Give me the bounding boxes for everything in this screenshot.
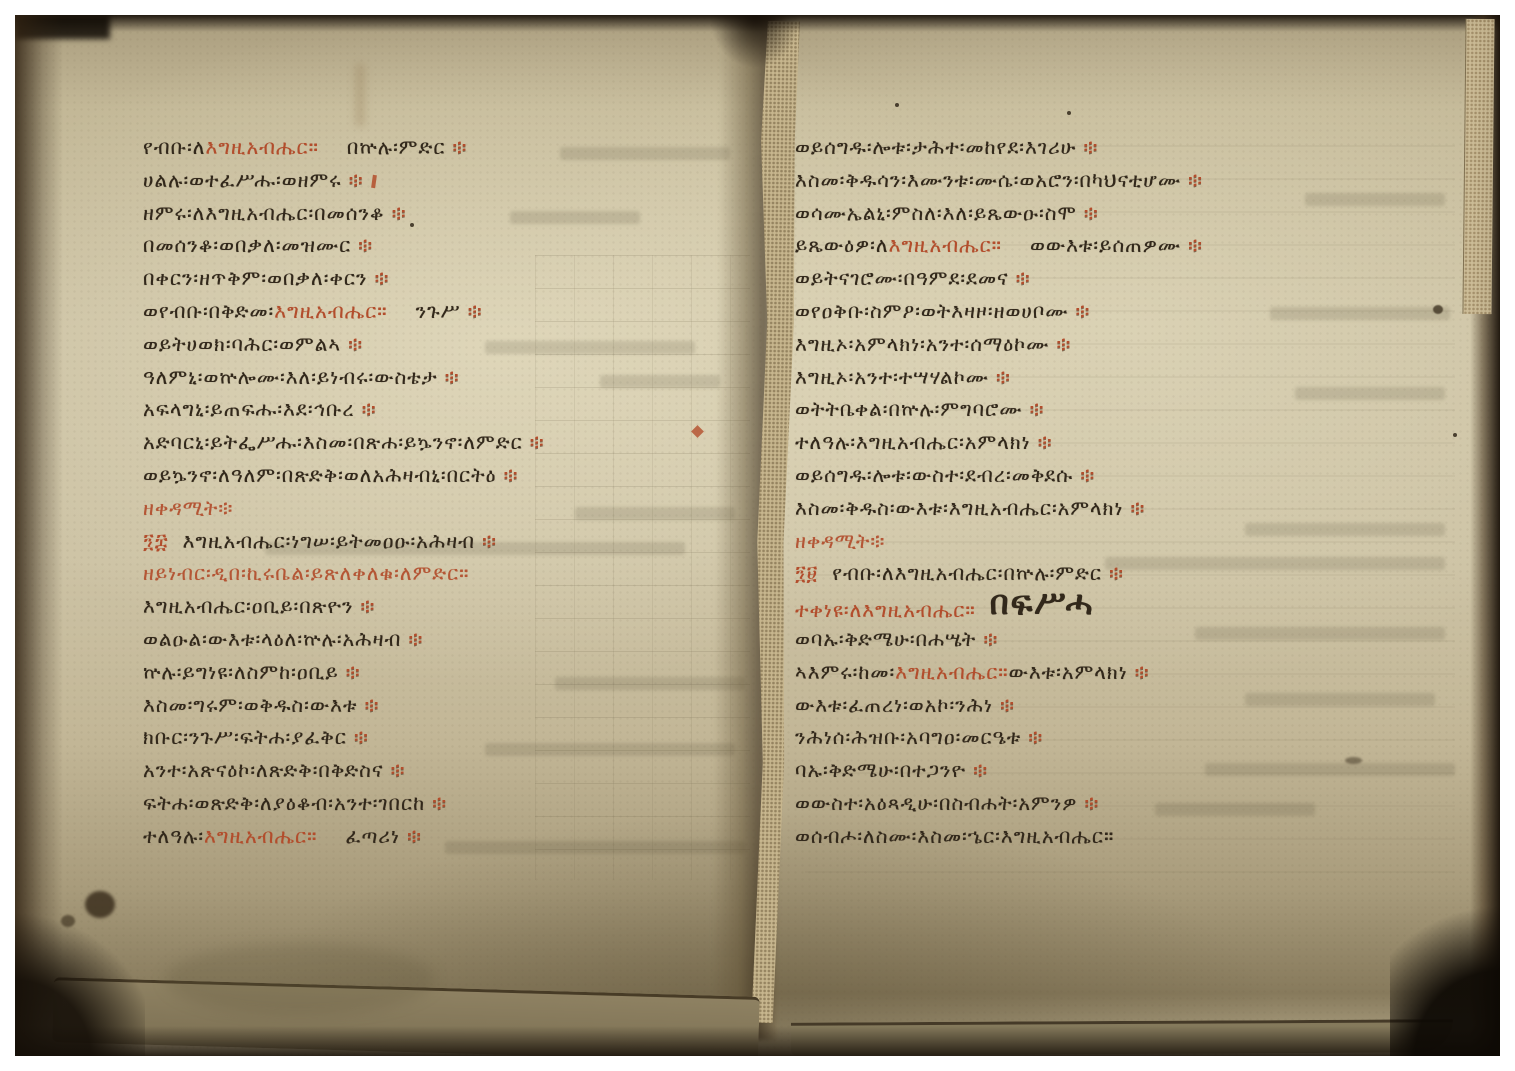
rubric-line: ዘቀዳሚት፨ [143, 492, 768, 525]
verse-end-mark: ፨ [349, 168, 364, 192]
verse-end-mark: ፨ [364, 693, 379, 717]
body-text: ወይትናገሮሙ፡በዓምደ፡ደመና [795, 266, 1009, 290]
verse-end-mark: ፨ [1188, 233, 1203, 257]
verse-end-mark: ፨ [1188, 168, 1203, 192]
body-text: ዘምሩ፡ለእግዚአብሔር፡በመሰንቆ [143, 201, 385, 225]
verse-end-mark: ፨ [1130, 496, 1145, 520]
verse-end-mark: ፨ [1080, 463, 1095, 487]
verse-end-mark: ፨ [1028, 725, 1043, 749]
body-text: ፍትሐ፡ወጽድቅ፡ለያዕቆብ፡አንተ፡ገበርከ [143, 791, 425, 815]
verse-end-mark: ፨ [468, 299, 483, 323]
body-text: እስመ፡ግሩም፡ወቅዱስ፡ውእቱ [143, 693, 357, 717]
verse-end-mark: ፨ [354, 725, 369, 749]
verse-end-mark: ፨ [374, 266, 389, 290]
body-text: ወባኡ፡ቅድሜሁ፡በሐሤት [795, 627, 976, 651]
verse-end-mark: ፨ [983, 627, 998, 651]
verse-line: ወትትቤቀል፡በኵሉ፡ምግባሮሙ፨ [795, 393, 1475, 426]
body-text: ወትትቤቀል፡በኵሉ፡ምግባሮሙ [795, 397, 1022, 421]
rubric-line: ዘቀዳሚት፨ [795, 525, 1475, 558]
body-text: እግዚአብሔር፡ዐቢይ፡በጽዮን [143, 594, 353, 618]
book-top-edge [15, 15, 1500, 32]
rubricated-text: ዘይነብር፡ዲበ፡ኪሩቤል፡ይጽለቀለቁ፡ለምድር። [143, 561, 470, 585]
body-text: ወውእቱ፡ይሰጠዎሙ [1030, 233, 1181, 257]
verse-line: ወይሰግዱ፡ሎቱ፡ውስተ፡ደብረ፡መቅደሱ፨ [795, 459, 1475, 492]
verse-end-mark: ፨ [1016, 266, 1031, 290]
body-text: ወውስተ፡አዕጻዲሁ፡በስብሐት፡አምንዎ [795, 791, 1077, 815]
verse-line: ወየዐቅቡ፡ስምዖ፡ወትእዛዞ፡ዘወሀቦሙ፨ [795, 295, 1475, 328]
verse-line: የብቡ፡ለእግዚአብሔር።በኵሉ፡ምድር፨ [143, 131, 768, 164]
body-text: አንተ፡አጽናዕኮ፡ለጽድቅ፡በቅድስና [143, 758, 384, 782]
verse-line: ንሕነሰ፡ሕዝቡ፡አባግዐ፡መርዔቱ፨ [795, 721, 1475, 754]
verse-line: ዘምሩ፡ለእግዚአብሔር፡በመሰንቆ፨ [143, 197, 768, 230]
rubricated-text: ዘቀዳሚት፨ [143, 496, 233, 520]
verse-line: እስመ፡ቅዱሳን፡እሙንቱ፡ሙሴ፡ወአሮን፡በካህናቲሆሙ፨ [795, 164, 1475, 197]
body-text: ወሰብሖ፡ለስሙ፡እስመ፡ኄር፡እግዚአብሔር። [795, 824, 1114, 848]
verse-line: ሀልሉ፡ወተፈሥሑ፡ወዘምሩ፨ [143, 164, 768, 197]
body-text: ውእቱ፡አምላክነ [1009, 660, 1128, 684]
body-text: ወየብቡ፡በቅድመ፡ [143, 299, 274, 323]
verse-end-mark: ፨ [1135, 660, 1150, 684]
ink-speck [895, 103, 899, 107]
body-text: ተለዓሉ፡እግዚአብሔር፡አምላክነ [795, 430, 1031, 454]
verse-end-mark: ፨ [1084, 791, 1099, 815]
verse-end-mark: ፨ [530, 430, 545, 454]
rubricated-text: እግዚአብሔር። [206, 135, 319, 159]
rubricated-text: ተቀነዩ፡ለእግዚአብሔር። [795, 598, 976, 622]
verse-line: ፺፰እግዚአብሔር፡ነግሠ፡ይትመዐዑ፡አሕዛብ፨ [143, 525, 768, 558]
verse-end-mark: ፨ [1109, 561, 1124, 585]
psalm-number: ፺፰ [143, 529, 169, 553]
verse-line: ወይሰግዱ፡ሎቱ፡ታሕተ፡መከየደ፡እገሪሁ፨ [795, 131, 1475, 164]
verse-end-mark: ፨ [1056, 332, 1071, 356]
body-text: ዓለምኒ፡ወኵሎሙ፡እለ፡ይነብሩ፡ውስቴታ [143, 365, 438, 389]
verse-line: ፍትሐ፡ወጽድቅ፡ለያዕቆብ፡አንተ፡ገበርከ፨ [143, 787, 768, 820]
brown-streak-stain [355, 63, 365, 127]
verse-line: ኵሉ፡ይግነዩ፡ለስምከ፡ዐቢይ፨ [143, 656, 768, 689]
body-text: ወልዑል፡ውእቱ፡ላዕለ፡ኵሉ፡አሕዛብ [143, 627, 401, 651]
verse-line: ወይትሀወክ፡ባሕር፡ወምልኣ፨ [143, 328, 768, 361]
ink-speck [410, 223, 414, 227]
verse-line: ተቀነዩ፡ለእግዚአብሔር።በፍሥሓ [795, 590, 1475, 623]
body-text: ንሕነሰ፡ሕዝቡ፡አባግዐ፡መርዔቱ [795, 725, 1021, 749]
body-text: ተለዓሉ፡ [143, 824, 204, 848]
verse-line: ባኡ፡ቅድሜሁ፡በተጋንዮ፨ [795, 754, 1475, 787]
book-bottom-edge [15, 1026, 1500, 1056]
manuscript-photo: የብቡ፡ለእግዚአብሔር።በኵሉ፡ምድር፨ሀልሉ፡ወተፈሥሑ፡ወዘምሩ፨ዘምሩ፡… [15, 15, 1500, 1056]
body-text: ንጉሥ [416, 299, 461, 323]
verse-end-mark: ፨ [432, 791, 447, 815]
verse-end-mark: ፨ [348, 332, 363, 356]
verse-line: እግዚኦ፡አንተ፡ተሣሃልኮሙ፨ [795, 361, 1475, 394]
book-left-edge [15, 15, 63, 1056]
bottom-right-corner-shadow [1390, 886, 1500, 1056]
verse-line: ወይትናገሮሙ፡በዓምደ፡ደመና፨ [795, 262, 1475, 295]
body-text: አድባርኒ፡ይትፌሥሑ፡እስመ፡በጽሐ፡ይኴንኖ፡ለምድር [143, 430, 523, 454]
verse-line: ወሳሙኤልኒ፡ምስለ፡እለ፡ይጼውዑ፡ስሞ፨ [795, 197, 1475, 230]
body-text: ክቡር፡ንጉሥ፡ፍትሐ፡ያፈቅር [143, 725, 347, 749]
verse-line: አድባርኒ፡ይትፌሥሑ፡እስመ፡በጽሐ፡ይኴንኖ፡ለምድር፨ [143, 426, 768, 459]
verse-line: እስመ፡ቅዱስ፡ውእቱ፡እግዚአብሔር፡አምላክነ፨ [795, 492, 1475, 525]
body-text: እግዚኦ፡አምላክነ፡አንተ፡ሰማዕኮሙ [795, 332, 1049, 356]
verse-end-mark: ፨ [362, 397, 377, 421]
verse-line: ፺፱የብቡ፡ለእግዚአብሔር፡በኵሉ፡ምድር፨ [795, 557, 1475, 590]
verse-end-mark: ፨ [996, 365, 1011, 389]
body-text: ባኡ፡ቅድሜሁ፡በተጋንዮ [795, 758, 966, 782]
verse-end-mark: ፨ [408, 627, 423, 651]
verse-end-mark: ፨ [452, 135, 467, 159]
verse-line: በቀርን፡ዘጥቅም፡ወበቃለ፡ቀርን፨ [143, 262, 768, 295]
verse-end-mark: ፨ [973, 758, 988, 782]
right-page-text: ወይሰግዱ፡ሎቱ፡ታሕተ፡መከየደ፡እገሪሁ፨እስመ፡ቅዱሳን፡እሙንቱ፡ሙሴ፡… [795, 131, 1475, 853]
verse-line: ውእቱ፡ፈጠረነ፡ወአኮ፡ንሕነ፨ [795, 689, 1475, 722]
body-text: በኵሉ፡ምድር [347, 135, 445, 159]
rubricated-text: ዘቀዳሚት፨ [795, 529, 885, 553]
verse-end-mark: ፨ [445, 365, 460, 389]
body-text: ፈጣሪነ [345, 824, 400, 848]
verse-line: ኣእምሩ፡ከመ፡እግዚአብሔር።ውእቱ፡አምላክነ፨ [795, 656, 1475, 689]
body-text: አፍላግኒ፡ይጠፍሑ፡እደ፡ኅቡረ [143, 397, 355, 421]
verse-line: ወይኴንኖ፡ለዓለም፡በጽድቅ፡ወለአሕዛብኒ፡በርትዕ፨ [143, 459, 768, 492]
ink-speck [1067, 111, 1071, 115]
verse-line: አንተ፡አጽናዕኮ፡ለጽድቅ፡በቅድስና፨ [143, 754, 768, 787]
verse-end-mark: ፨ [391, 758, 406, 782]
body-text: ወይሰግዱ፡ሎቱ፡ውስተ፡ደብረ፡መቅደሱ [795, 463, 1073, 487]
body-text: ወየዐቅቡ፡ስምዖ፡ወትእዛዞ፡ዘወሀቦሙ [795, 299, 1068, 323]
body-text: እግዚኦ፡አንተ፡ተሣሃልኮሙ [795, 365, 989, 389]
body-text: ወይኴንኖ፡ለዓለም፡በጽድቅ፡ወለአሕዛብኒ፡በርትዕ [143, 463, 497, 487]
left-page-text: የብቡ፡ለእግዚአብሔር።በኵሉ፡ምድር፨ሀልሉ፡ወተፈሥሑ፡ወዘምሩ፨ዘምሩ፡… [143, 131, 768, 853]
body-text: እስመ፡ቅዱስ፡ውእቱ፡እግዚአብሔር፡አምላክነ [795, 496, 1123, 520]
verse-end-mark: ፨ [1000, 693, 1015, 717]
verse-line: ወልዑል፡ውእቱ፡ላዕለ፡ኵሉ፡አሕዛብ፨ [143, 623, 768, 656]
verse-end-mark: ፨ [358, 233, 373, 257]
verse-end-mark: ፨ [1038, 430, 1053, 454]
verse-line: ወባኡ፡ቅድሜሁ፡በሐሤት፨ [795, 623, 1475, 656]
verse-line: ይጼውዕዎ፡ለእግዚአብሔር።ወውእቱ፡ይሰጠዎሙ፨ [795, 229, 1475, 262]
verse-end-mark: ፨ [360, 594, 375, 618]
verse-end-mark: ፨ [346, 660, 361, 684]
ink-speck [1453, 433, 1457, 437]
rubricated-text: እግዚአብሔር። [895, 660, 1008, 684]
verse-line: እግዚአብሔር፡ዐቢይ፡በጽዮን፨ [143, 590, 768, 623]
body-text: ወሳሙኤልኒ፡ምስለ፡እለ፡ይጼውዑ፡ስሞ [795, 201, 1077, 225]
verse-line: ወሰብሖ፡ለስሙ፡እስመ፡ኄር፡እግዚአብሔር። [795, 820, 1475, 853]
verse-end-mark: ፨ [1084, 201, 1099, 225]
verse-line: ተለዓሉ፡እግዚአብሔር።ፈጣሪነ፨ [143, 820, 768, 853]
body-text: ኣእምሩ፡ከመ፡ [795, 660, 895, 684]
verse-end-mark: ፨ [482, 529, 497, 553]
fore-edge-guard-strip [1462, 19, 1494, 314]
verse-line: ዓለምኒ፡ወኵሎሙ፡እለ፡ይነብሩ፡ውስቴታ፨ [143, 361, 768, 394]
ink-speck [1433, 305, 1443, 314]
rubricated-text: እግዚአብሔር። [274, 299, 387, 323]
bottom-left-corner-shadow [15, 906, 145, 1056]
body-text: ወይሰግዱ፡ሎቱ፡ታሕተ፡መከየደ፡እገሪሁ [795, 135, 1076, 159]
verse-line: እስመ፡ግሩም፡ወቅዱስ፡ውእቱ፨ [143, 689, 768, 722]
body-text: በፍሥሓ [990, 583, 1095, 622]
discoloration-stain [165, 943, 435, 1015]
verse-end-mark: ፨ [1029, 397, 1044, 421]
verse-line: አፍላግኒ፡ይጠፍሑ፡እደ፡ኅቡረ፨ [143, 393, 768, 426]
psalm-number: ፺፱ [795, 561, 818, 585]
body-text: የብቡ፡ለእግዚአብሔር፡በኵሉ፡ምድር [832, 561, 1102, 585]
ink-speck [1345, 757, 1362, 764]
body-text: ኵሉ፡ይግነዩ፡ለስምከ፡ዐቢይ [143, 660, 339, 684]
verse-line: ወየብቡ፡በቅድመ፡እግዚአብሔር።ንጉሥ፨ [143, 295, 768, 328]
rubricated-text: እግዚአብሔር። [889, 233, 1002, 257]
verse-end-mark: ፨ [1075, 299, 1090, 323]
verse-line: በመሰንቆ፡ወበቃለ፡መዝሙር፨ [143, 229, 768, 262]
verse-line: ክቡር፡ንጉሥ፡ፍትሐ፡ያፈቅር፨ [143, 721, 768, 754]
verse-line: እግዚኦ፡አምላክነ፡አንተ፡ሰማዕኮሙ፨ [795, 328, 1475, 361]
white-border-frame: የብቡ፡ለእግዚአብሔር።በኵሉ፡ምድር፨ሀልሉ፡ወተፈሥሑ፡ወዘምሩ፨ዘምሩ፡… [0, 0, 1515, 1071]
body-text: የብቡ፡ለ [143, 135, 206, 159]
verse-line: ተለዓሉ፡እግዚአብሔር፡አምላክነ፨ [795, 426, 1475, 459]
verse-end-mark: ፨ [504, 463, 519, 487]
rubric-line: ዘይነብር፡ዲበ፡ኪሩቤል፡ይጽለቀለቁ፡ለምድር። [143, 557, 768, 590]
body-text: በመሰንቆ፡ወበቃለ፡መዝሙር [143, 233, 351, 257]
body-text: ይጼውዕዎ፡ለ [795, 233, 889, 257]
verse-line: ወውስተ፡አዕጻዲሁ፡በስብሐት፡አምንዎ፨ [795, 787, 1475, 820]
body-text: ውእቱ፡ፈጠረነ፡ወአኮ፡ንሕነ [795, 693, 993, 717]
verse-end-mark: ፨ [392, 201, 407, 225]
body-text: እስመ፡ቅዱሳን፡እሙንቱ፡ሙሴ፡ወአሮን፡በካህናቲሆሙ [795, 168, 1181, 192]
body-text: በቀርን፡ዘጥቅም፡ወበቃለ፡ቀርን [143, 266, 367, 290]
verse-end-mark: ፨ [1083, 135, 1098, 159]
body-text: ሀልሉ፡ወተፈሥሑ፡ወዘምሩ [143, 168, 342, 192]
body-text: ወይትሀወክ፡ባሕር፡ወምልኣ [143, 332, 341, 356]
body-text: እግዚአብሔር፡ነግሠ፡ይትመዐዑ፡አሕዛብ [183, 529, 475, 553]
verse-end-mark: ፨ [407, 824, 422, 848]
rubricated-text: እግዚአብሔር። [204, 824, 317, 848]
